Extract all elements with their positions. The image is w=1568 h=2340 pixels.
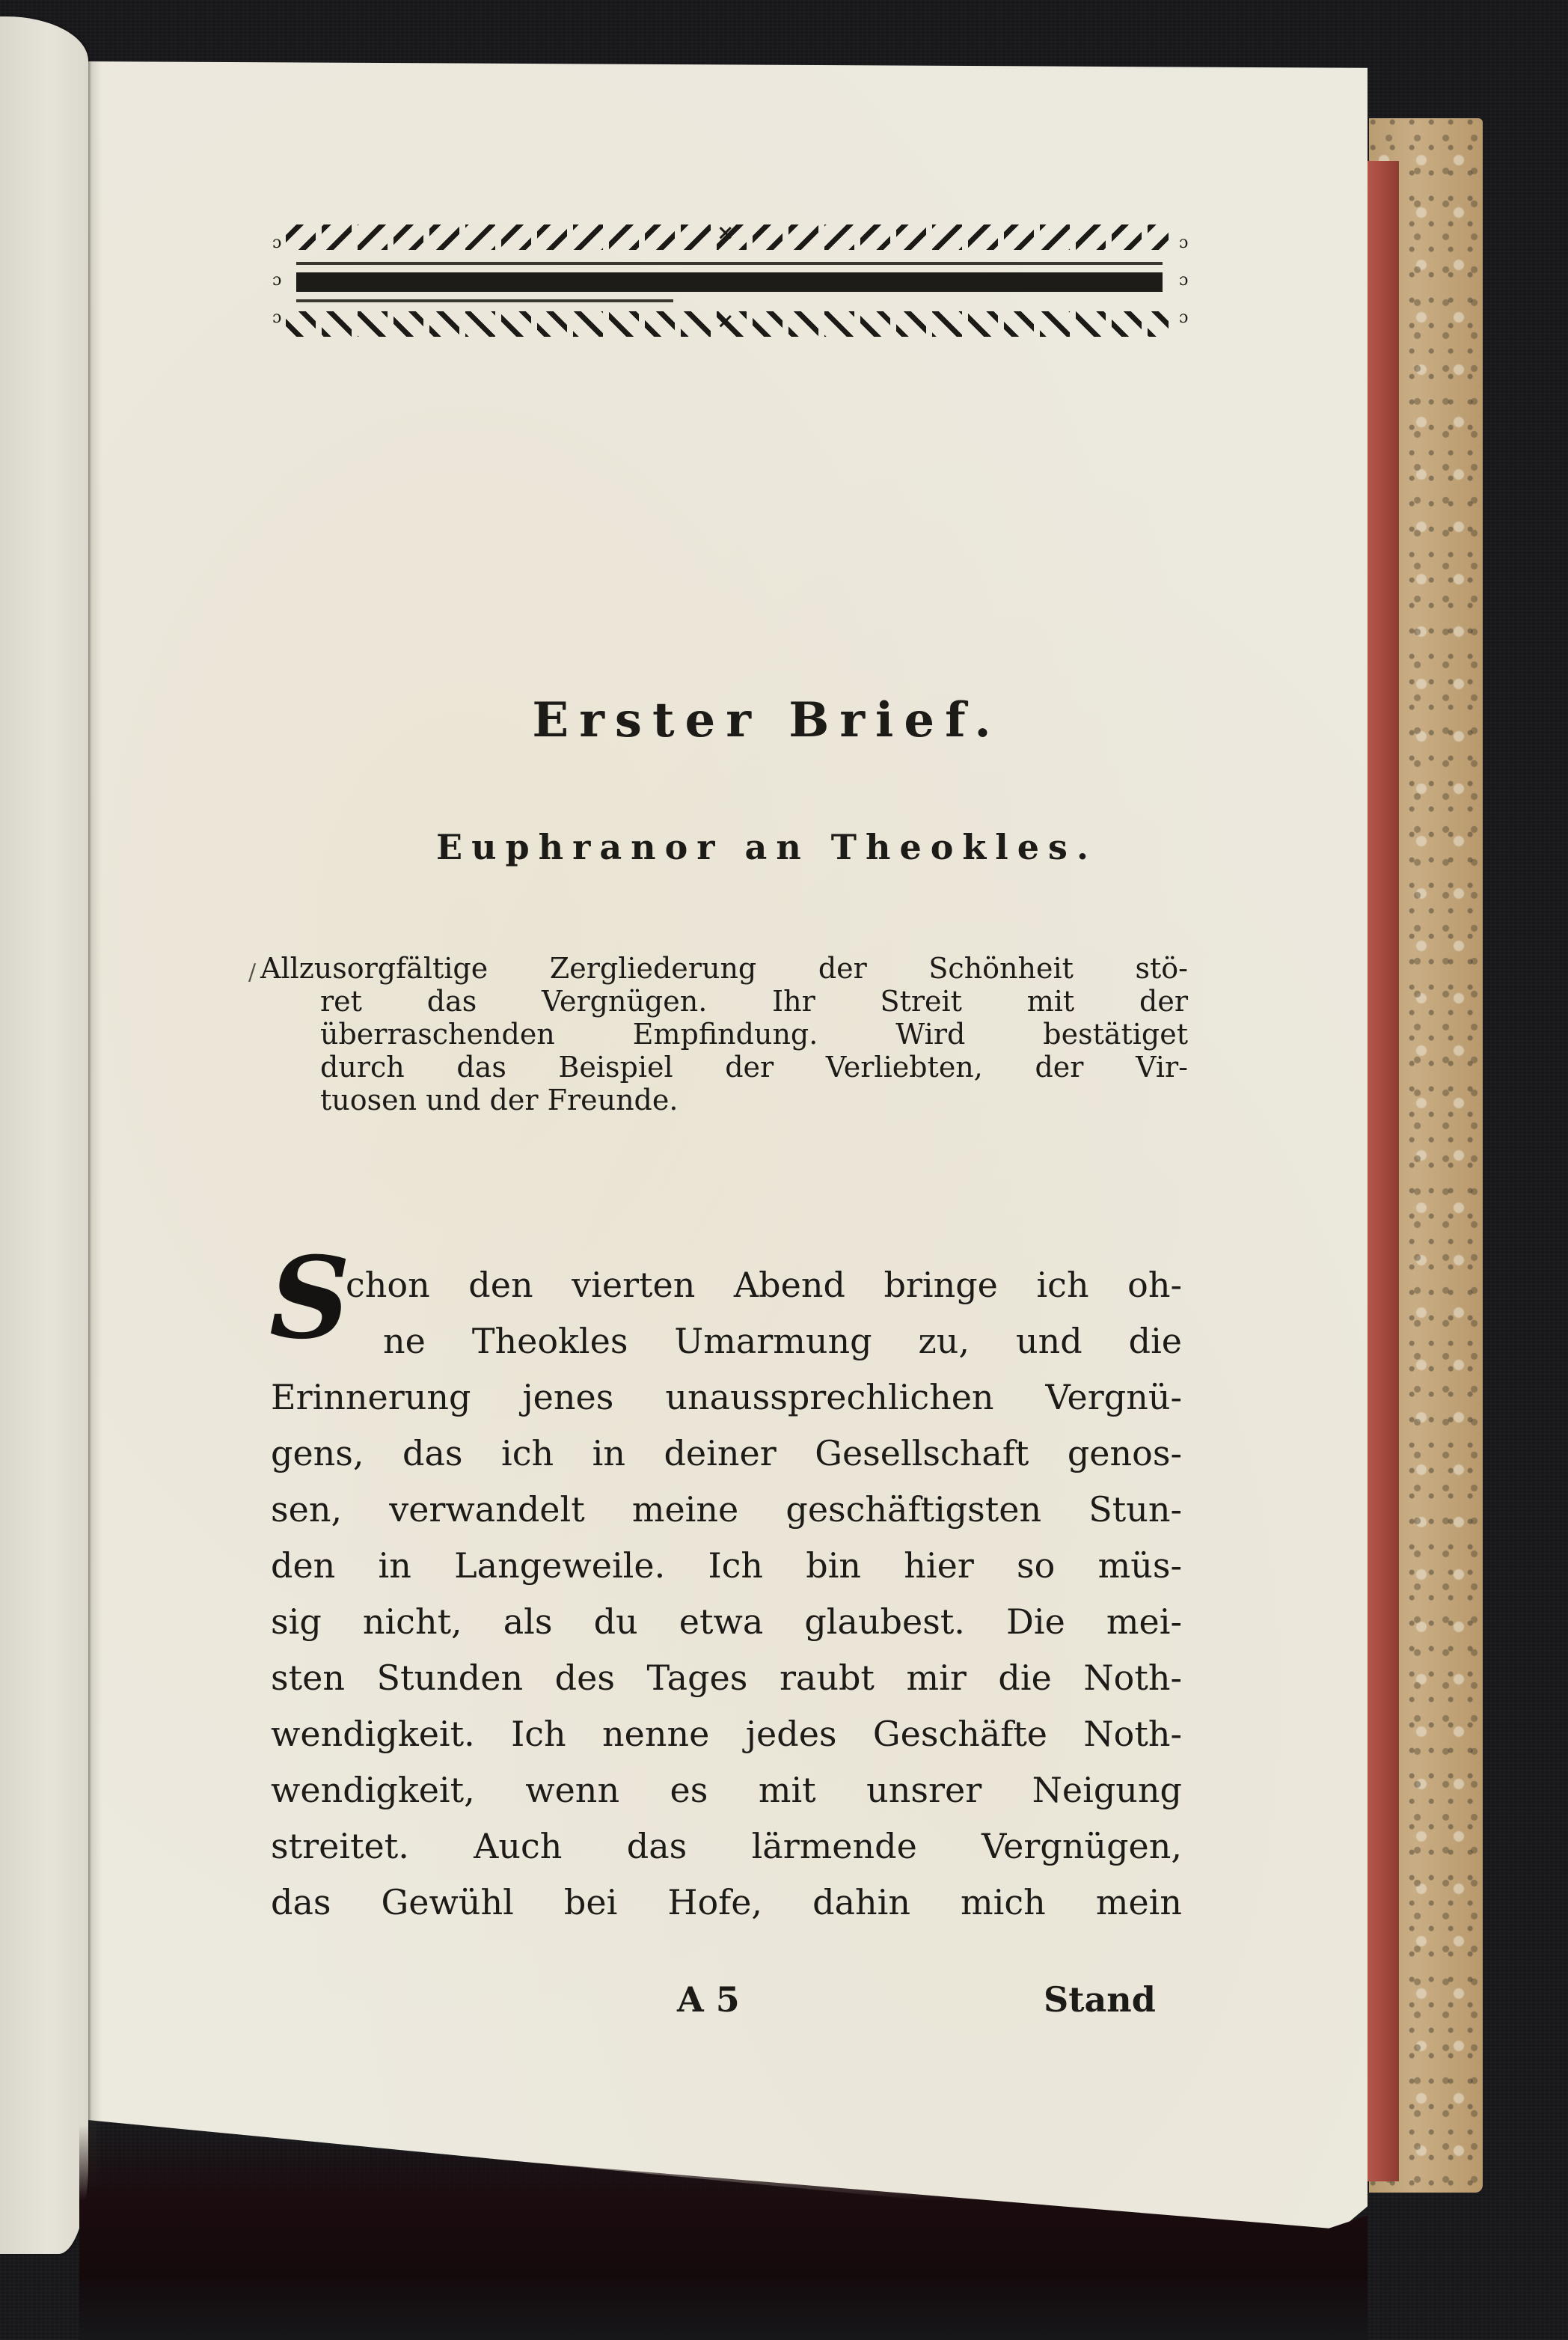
page-content: × × ɔ ɔ ɔ ɔ ɔ ɔ Erster Brief. Euphranor … (0, 0, 1568, 2340)
header-ornament: × × ɔ ɔ ɔ ɔ ɔ ɔ (277, 224, 1182, 337)
summary-line: durch das Beispiel der Verliebten, der V… (260, 1051, 1188, 1084)
body-line: wendigkeit. Ich nenne jedes Geschäfte No… (271, 1706, 1182, 1762)
body-line: chon den vierten Abend bringe ich oh- (271, 1257, 1182, 1313)
ornament-thin-rule (296, 262, 1163, 265)
body-line: sten Stunden des Tages raubt mir die Not… (271, 1650, 1182, 1706)
margin-mark: / (248, 959, 256, 986)
summary-line: Allzusorgfältige Zergliederung der Schön… (260, 952, 1188, 985)
ornament-left-border: ɔ ɔ ɔ (272, 224, 280, 337)
body-line: sen, verwandelt meine geschäftigsten Stu… (271, 1482, 1182, 1538)
catchword: Stand (1044, 1979, 1156, 2020)
body-line: wendigkeit, wenn es mit unsrer Neigung (271, 1762, 1182, 1818)
chapter-summary: Allzusorgfältige Zergliederung der Schön… (260, 952, 1188, 1116)
ornament-thin-rule (296, 299, 673, 302)
body-text: chon den vierten Abend bringe ich oh- ne… (271, 1257, 1182, 1931)
body-line: Erinnerung jenes unaussprechlichen Vergn… (271, 1369, 1182, 1426)
ornament-right-border: ɔ ɔ ɔ (1179, 224, 1186, 337)
body-line: sig nicht, als du etwa glaubest. Die mei… (271, 1594, 1182, 1650)
body-line: streitet. Auch das lärmende Vergnügen, (271, 1818, 1182, 1875)
ornament-cross-icon: × (717, 220, 734, 245)
body-line: ne Theokles Umarmung zu, und die (271, 1313, 1182, 1369)
body-line: das Gewühl bei Hofe, dahin mich mein (271, 1875, 1182, 1931)
summary-line: tuosen und der Freunde. (260, 1084, 1188, 1116)
ornament-thick-rule (296, 272, 1163, 292)
body-line: den in Langeweile. Ich bin hier so müs- (271, 1538, 1182, 1594)
summary-line: ret das Vergnügen. Ihr Streit mit der (260, 985, 1188, 1018)
letter-subtitle: Euphranor an Theokles. (299, 827, 1234, 867)
summary-line: überraschenden Empfindung. Wird bestätig… (260, 1018, 1188, 1051)
body-line: gens, das ich in deiner Gesellschaft gen… (271, 1426, 1182, 1482)
letter-title: Erster Brief. (299, 692, 1234, 748)
signature-mark: A 5 (677, 1979, 740, 2020)
ornament-cross-icon: × (717, 308, 734, 333)
